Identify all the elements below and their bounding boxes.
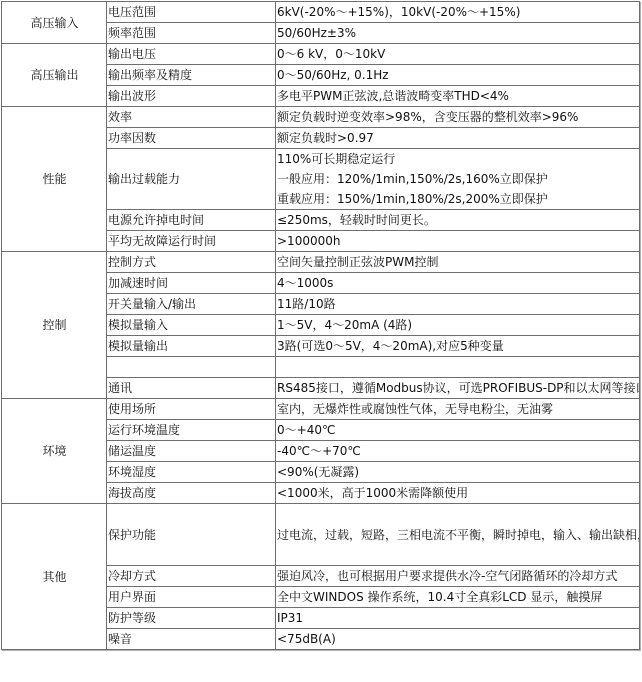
value-cell: 0～6 kV，0～10kV [276,44,640,65]
param-cell: 海拔高度 [107,483,276,504]
value-cell: 110%可长期稳定运行 一般应用：120%/1min,150%/2s,160%立… [276,149,640,210]
param-cell: 输出频率及精度 [107,65,276,86]
value-cell: 额定负载时逆变效率>98%，含变压器的整机效率>96% [276,107,640,128]
param-cell: 频率范围 [107,23,276,44]
param-cell: 控制方式 [107,252,276,273]
category-cell: 高压输入 [2,2,107,44]
value-cell: 4～1000s [276,273,640,294]
table-row: 性能 效率 额定负载时逆变效率>98%，含变压器的整机效率>96% [2,107,640,128]
value-cell: IP31 [276,608,640,629]
category-cell: 其他 [2,504,107,650]
category-cell: 环境 [2,399,107,504]
value-cell: <75dB(A) [276,629,640,650]
value-cell: 强迫风冷，也可根据用户要求提供水冷-空气闭路循环的冷却方式 [276,566,640,587]
spec-table: 高压输入 电压范围 6kV(-20%～+15%)，10kV(-20%～+15%)… [1,1,640,650]
param-cell: 通讯 [107,378,276,399]
value-cell: 0～50/60Hz, 0.1Hz [276,65,640,86]
value-cell: 3路(可选0～5V，4～20mA),对应5种变量 [276,336,640,357]
param-cell: 模拟量输出 [107,336,276,357]
value-cell: 过电流，过载，短路，三相电流不平衡，瞬时掉电，输入、输出缺相，过压，欠压，本体过… [276,504,640,566]
table-row: 高压输入 电压范围 6kV(-20%～+15%)，10kV(-20%～+15%) [2,2,640,23]
value-cell: 额定负载时>0.97 [276,128,640,149]
table-row: 环境 使用场所 室内，无爆炸性或腐蚀性气体，无导电粉尘，无油雾 [2,399,640,420]
value-cell: 6kV(-20%～+15%)，10kV(-20%～+15%) [276,2,640,23]
value-cell: <90%(无凝露) [276,462,640,483]
param-cell: 储运温度 [107,441,276,462]
param-cell: 用户界面 [107,587,276,608]
param-text: 输出过载能力 [108,169,275,189]
param-text: 保护功能 [108,525,275,545]
param-cell: 使用场所 [107,399,276,420]
param-cell: 平均无故障运行时间 [107,231,276,252]
param-cell: 加减速时间 [107,273,276,294]
param-cell: 保护功能 [107,504,276,566]
value-cell: 0～+40℃ [276,420,640,441]
value-cell: 室内，无爆炸性或腐蚀性气体，无导电粉尘，无油雾 [276,399,640,420]
value-cell: 多电平PWM正弦波,总谐波畸变率THD<4% [276,86,640,107]
value-cell: ≤250ms，轻载时时间更长。 [276,210,640,231]
value-cell: <1000米，高于1000米需降额使用 [276,483,640,504]
param-cell: 输出电压 [107,44,276,65]
param-cell: 输出过载能力 [107,149,276,210]
param-cell: 环境湿度 [107,462,276,483]
category-cell: 控制 [2,252,107,399]
value-cell: 11路/10路 [276,294,640,315]
param-cell: 模拟量输入 [107,315,276,336]
value-cell: 空间矢量控制正弦波PWM控制 [276,252,640,273]
value-line: 一般应用：120%/1min,150%/2s,160%立即保护 [277,169,639,189]
value-line: 重载应用：150%/1min,180%/2s,200%立即保护 [277,189,639,209]
param-cell: 噪音 [107,629,276,650]
param-cell: 输出波形 [107,86,276,107]
table-row: 高压输出 输出电压 0～6 kV，0～10kV [2,44,640,65]
value-cell: -40℃～+70℃ [276,441,640,462]
value-cell: 50/60Hz±3% [276,23,640,44]
value-cell: RS485接口，遵循Modbus协议，可选PROFIBUS-DP和以太网等接口 [276,378,640,399]
param-cell [107,357,276,378]
value-cell: 全中文WINDOS 操作系统，10.4寸全真彩LCD 显示，触摸屏 [276,587,640,608]
param-cell: 电压范围 [107,2,276,23]
value-cell [276,357,640,378]
value-line: 110%可长期稳定运行 [277,149,639,169]
param-cell: 电源允许掉电时间 [107,210,276,231]
param-cell: 冷却方式 [107,566,276,587]
param-cell: 运行环境温度 [107,420,276,441]
value-cell: 1～5V，4～20mA (4路) [276,315,640,336]
value-cell: >100000h [276,231,640,252]
param-cell: 效率 [107,107,276,128]
table-row: 其他 保护功能 过电流，过载，短路，三相电流不平衡，瞬时掉电，输入、输出缺相，过… [2,504,640,566]
category-cell: 高压输出 [2,44,107,107]
param-cell: 功率因数 [107,128,276,149]
param-cell: 开关量输入/输出 [107,294,276,315]
table-row: 控制 控制方式 空间矢量控制正弦波PWM控制 [2,252,640,273]
category-cell: 性能 [2,107,107,252]
param-cell: 防护等级 [107,608,276,629]
